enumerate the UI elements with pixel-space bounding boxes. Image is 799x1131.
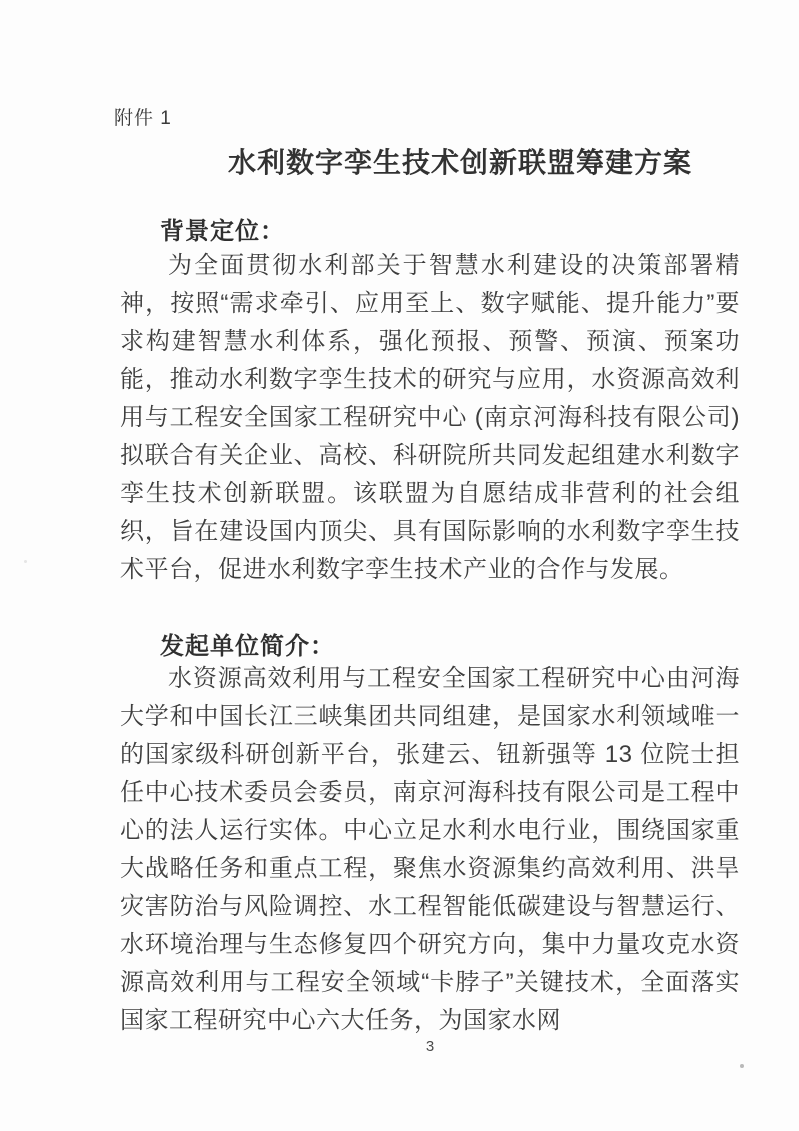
background-paragraph: 为全面贯彻水利部关于智慧水利建设的决策部署精神，按照“需求牵引、应用至上、数字赋… <box>120 247 740 589</box>
founders-paragraph: 水资源高效利用与工程安全国家工程研究中心由河海大学和中国长江三峡集团共同组建，是… <box>120 660 740 1040</box>
scan-speckle <box>404 1028 407 1031</box>
section-heading-background: 背景定位： <box>160 211 285 246</box>
attachment-label: 附件 1 <box>114 103 172 130</box>
scan-speckle <box>24 560 27 563</box>
section-heading-founders: 发起单位简介： <box>160 626 335 661</box>
document-page: 附件 1 水利数字孪生技术创新联盟筹建方案 背景定位： 为全面贯彻水利部关于智慧… <box>0 0 799 1131</box>
scan-speckle <box>740 1064 744 1068</box>
document-title: 水利数字孪生技术创新联盟筹建方案 <box>150 141 770 181</box>
page-number: 3 <box>120 1038 740 1055</box>
